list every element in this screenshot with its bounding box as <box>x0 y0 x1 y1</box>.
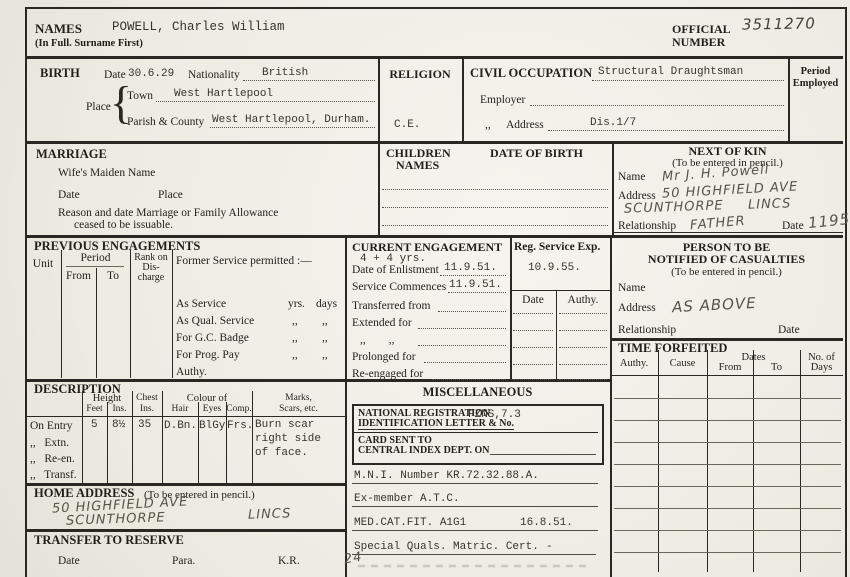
religion-value: C.E. <box>394 119 420 133</box>
fill-line <box>424 361 506 363</box>
fill-line <box>432 378 506 380</box>
col-marks-line1: Marks, <box>252 393 345 403</box>
marriage-reason-line1: Reason and date Marriage or Family Allow… <box>58 207 278 220</box>
col-unit: Unit <box>25 258 61 271</box>
card-sent-label-line2: CENTRAL INDEX DEPT. ON <box>358 445 490 456</box>
fill-line <box>513 378 553 380</box>
col-authy: Authy. <box>610 358 658 370</box>
fill-line <box>418 344 506 346</box>
ex-member-line: Ex-member A.T.C. <box>354 493 460 507</box>
fill-line <box>559 378 607 380</box>
fill-line <box>513 346 553 348</box>
parish-county-value: West Hartlepool, Durham. <box>212 114 370 128</box>
official-number-label2: NUMBER <box>672 36 725 49</box>
ce-row-label: ,, ,, <box>360 334 395 347</box>
row-line <box>614 420 841 421</box>
rule-line <box>614 232 843 233</box>
col-eyes: Eyes <box>198 404 226 414</box>
wife-maiden-name-label: Wife's Maiden Name <box>58 167 155 180</box>
grid-line <box>198 402 199 483</box>
mni-number-line: M.N.I. Number KR.72.32.88.A. <box>354 470 539 484</box>
col-from: From <box>61 270 96 283</box>
marriage-place-label: Place <box>158 189 183 202</box>
transfer-para-label: Para. <box>172 555 195 568</box>
fs-row-label: As Service <box>176 298 226 311</box>
fs-row-label: For Prog. Pay <box>176 349 240 362</box>
special-quals-value: - <box>546 541 553 555</box>
row-line <box>614 464 841 465</box>
row-line <box>614 530 841 531</box>
grid-line <box>82 391 83 483</box>
marriage-date-label: Date <box>58 189 80 202</box>
desc-row-label: On Entry <box>30 420 72 433</box>
fs-row-days: days <box>316 298 337 311</box>
rule-line <box>354 432 598 433</box>
col-feet: Feet <box>82 404 107 414</box>
col-cause: Cause <box>658 358 707 370</box>
former-service-label: Former Service permitted :— <box>176 255 312 268</box>
divider <box>610 235 612 577</box>
nok-address-line3: LINCS <box>748 196 792 213</box>
names-sublabel: (In Full. Surname First) <box>35 38 143 50</box>
children-names-label2: NAMES <box>396 159 439 172</box>
ditto-mark: ,, <box>485 119 491 132</box>
divider <box>25 56 843 59</box>
fill-line <box>559 329 607 331</box>
miscellaneous-title: MISCELLANEOUS <box>345 386 610 400</box>
col-days-line2: Days <box>800 362 843 374</box>
fs-row-days: ,, <box>322 315 328 328</box>
med-cat-line: MED.CAT.FIT. A1G1 <box>354 517 466 531</box>
faint-illegible-line <box>358 565 590 567</box>
transfer-kr-label: K.R. <box>278 555 300 568</box>
desc-row-label: ,, Transf. <box>30 469 77 482</box>
divider <box>25 529 345 532</box>
fs-row-yrs: ,, <box>292 315 298 328</box>
casualties-address-label: Address <box>618 302 656 315</box>
rule-line <box>490 454 596 455</box>
grid-line <box>172 250 173 378</box>
col-comp: Comp. <box>226 404 252 414</box>
col-ins: Ins. <box>107 404 132 414</box>
transfer-to-reserve-title: TRANSFER TO RESERVE <box>34 534 184 548</box>
fs-row-yrs: yrs. <box>288 298 305 311</box>
reg-service-exp-value: 10.9.55. <box>528 262 581 276</box>
birth-place-label: Place <box>86 101 111 114</box>
date-of-birth-label: DATE OF BIRTH <box>490 147 583 160</box>
casualties-name-label: Name <box>618 282 645 295</box>
desc-feet-value: 5 <box>91 419 98 433</box>
col-to: To <box>96 270 130 283</box>
fill-line <box>513 363 553 365</box>
fill-line <box>559 346 607 348</box>
desc-row-label: ,, Re-en. <box>30 453 75 466</box>
fs-authy-label: Authy. <box>176 366 207 379</box>
town-value: West Hartlepool <box>174 88 273 102</box>
rule-line <box>610 375 843 376</box>
reg-service-exp-label: Reg. Service Exp. <box>514 241 600 254</box>
row-line <box>614 508 841 509</box>
fs-row-yrs: ,, <box>292 332 298 345</box>
period-employed-label: Period <box>788 66 843 78</box>
fill-line <box>382 206 608 208</box>
col-colour-of: Colour of <box>162 393 252 405</box>
grid-line <box>226 402 227 483</box>
natreg-value: FZNS,7.3 <box>468 409 521 423</box>
fs-row-label: For G.C. Badge <box>176 332 249 345</box>
marriage-title: MARRIAGE <box>36 148 107 162</box>
name-value: POWELL, Charles William <box>112 20 285 36</box>
desc-comp-value: Frs. <box>227 420 253 434</box>
town-label: Town <box>127 90 153 103</box>
col-authy: Authy. <box>556 294 610 307</box>
row-line <box>614 552 841 553</box>
desc-marks-line2: right side <box>255 433 321 447</box>
casualties-subtitle: (To be entered in pencil.) <box>610 266 843 278</box>
period-employed-label2: Employed <box>788 78 843 90</box>
divider <box>510 237 512 379</box>
names-label: NAMES <box>35 22 82 36</box>
grid-line <box>707 350 708 572</box>
divider <box>462 58 464 141</box>
ce-row-label: Prolonged for <box>352 351 416 364</box>
fs-row-days: ,, <box>322 332 328 345</box>
row-line <box>614 442 841 443</box>
nok-name-label: Name <box>618 171 645 184</box>
med-cat-date: 16.8.51. <box>520 517 573 531</box>
commences-label: Service Commences <box>352 281 446 294</box>
desc-hair-value: D.Bn. <box>164 420 197 434</box>
col-chest-line2: Ins. <box>132 404 162 414</box>
grid-line <box>753 350 754 572</box>
fill-line <box>513 312 553 314</box>
row-line <box>614 486 841 487</box>
employer-label: Employer <box>480 94 525 107</box>
fs-row-days: ,, <box>322 349 328 362</box>
civil-occupation-title: CIVIL OCCUPATION <box>470 67 592 81</box>
official-number-value: 3511270 <box>742 14 816 33</box>
fill-line <box>418 327 506 329</box>
fill-line <box>513 329 553 331</box>
fs-row-label: As Qual. Service <box>176 315 254 328</box>
service-record-card: NAMES (In Full. Surname First) POWELL, C… <box>0 0 850 577</box>
commences-value: 11.9.51. <box>449 279 502 293</box>
rule-line <box>66 266 124 267</box>
divider <box>25 235 843 238</box>
fill-line <box>559 312 607 314</box>
employer-address-label: Address <box>506 119 544 132</box>
birth-title: BIRTH <box>40 67 80 81</box>
fill-line <box>559 363 607 365</box>
religion-title: RELIGION <box>378 68 462 81</box>
grid-line <box>132 391 133 483</box>
fill-line <box>382 188 608 190</box>
enlistment-value: 11.9.51. <box>444 262 497 276</box>
fill-line <box>530 104 784 106</box>
special-quals-line: Special Quals. Matric. Cert. <box>354 541 539 555</box>
desc-row-label: ,, Extn. <box>30 437 69 450</box>
casualties-date-label: Date <box>778 324 800 337</box>
enlistment-label: Date of Enlistment <box>352 264 439 277</box>
desc-chest-value: 35 <box>138 419 151 433</box>
rule-line <box>510 290 610 291</box>
nationality-value: British <box>262 67 308 81</box>
rule-line <box>352 530 598 531</box>
desc-ins-value: 8½ <box>112 419 125 433</box>
rule-line <box>25 416 345 417</box>
col-marks-line2: Scars, etc. <box>252 404 345 414</box>
col-period: Period <box>61 252 130 265</box>
casualties-title-line2: NOTIFIED OF CASUALTIES <box>610 253 843 266</box>
fs-row-yrs: ,, <box>292 349 298 362</box>
grid-line <box>800 350 801 572</box>
desc-marks-line3: of face. <box>255 447 308 461</box>
civil-occupation-value: Structural Draughtsman <box>598 66 743 80</box>
nok-date-label: Date <box>782 220 804 233</box>
fill-line <box>548 129 784 131</box>
col-rank-line3: charge <box>130 272 172 283</box>
rule-line <box>352 483 598 484</box>
fill-line <box>382 224 608 226</box>
employer-address-value: Dis.1/7 <box>590 117 636 131</box>
row-line <box>614 398 841 399</box>
col-date: Date <box>510 294 556 307</box>
grid-line <box>252 391 253 483</box>
grid-line <box>61 250 62 378</box>
divider <box>345 235 347 577</box>
rule-line <box>352 506 598 507</box>
ce-row-label: Transferred from <box>352 300 430 313</box>
grid-line <box>96 268 97 378</box>
col-hair: Hair <box>162 404 198 414</box>
marriage-reason-line2: ceased to be issuable. <box>74 219 173 232</box>
col-chest-line1: Chest <box>132 393 162 403</box>
nok-relationship-label: Relationship <box>618 220 676 233</box>
grid-line <box>107 402 108 483</box>
desc-marks-line1: Burn scar <box>255 419 314 433</box>
ce-row-label: Extended for <box>352 317 412 330</box>
col-to: To <box>753 362 800 374</box>
ce-row-label: Re-engaged for <box>352 368 423 381</box>
home-address-line3: LINCS <box>248 506 292 523</box>
transfer-date-label: Date <box>58 555 80 568</box>
grid-line <box>130 250 131 378</box>
grid-line <box>658 350 659 572</box>
fill-line <box>438 310 506 312</box>
nationality-label: Nationality <box>188 69 240 82</box>
casualties-relationship-label: Relationship <box>618 324 676 337</box>
grid-line <box>162 391 163 483</box>
birth-date-value: 30.6.29 <box>128 68 174 82</box>
desc-eyes-value: BlGy <box>199 420 225 434</box>
divider <box>378 143 380 235</box>
rule-line <box>352 554 596 555</box>
col-from: From <box>707 362 753 374</box>
parish-county-label: Parish & County <box>127 116 204 129</box>
